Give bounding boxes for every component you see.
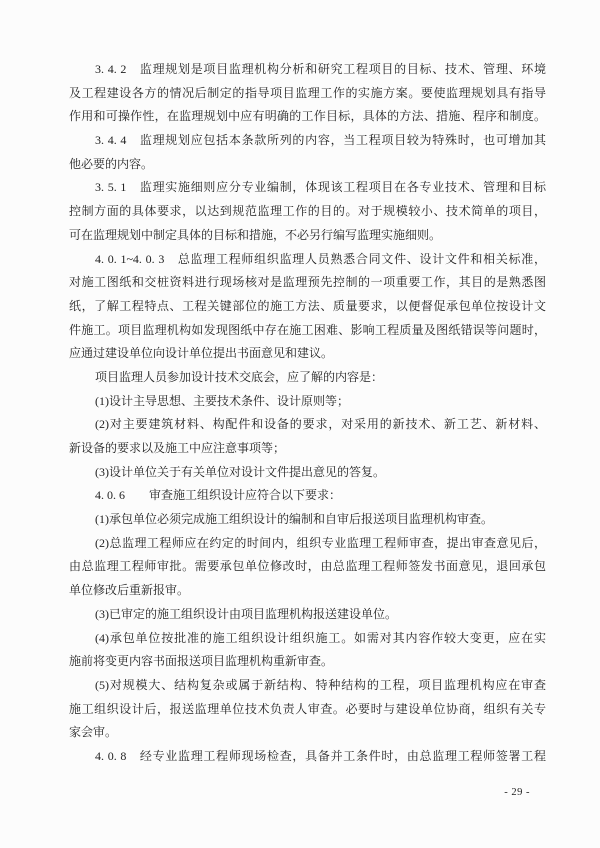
text-line: 家会审。	[69, 721, 546, 745]
text-line: 控制方面的具体要求，以达到规范监理工作的目的。对于规模较小、技术简单的项目，	[69, 200, 546, 224]
text-line: 及工程建设各方的情况后制定的指导项目监理工作的实施方案。要使监理规划具有指导	[69, 82, 546, 106]
text-line: 由总监理工程师审批。需要承包单位修改时，由总监理工程师签发书面意见，退回承包	[69, 555, 546, 579]
text-line: (1)设计主导思想、主要技术条件、设计原则等；	[69, 390, 546, 414]
text-line: 4. 0. 8 经专业监理工程师现场检查，具备并工条件时，由总监理工程师签署工程	[69, 745, 546, 769]
text-line: 4. 0. 6 审查施工组织设计应符合以下要求：	[69, 484, 546, 508]
text-line: (2)对主要建筑材料、构配件和设备的要求，对采用的新技术、新工艺、新材料、	[69, 413, 546, 437]
text-line: 3. 4. 4 监理规划应包括本条款所列的内容，当工程项目较为特殊时，也可增加其	[69, 129, 546, 153]
text-line: 3. 4. 2 监理规划是项目监理机构分析和研究工程项目的目标、技术、管理、环境	[69, 58, 546, 82]
text-line: 项目监理人员参加设计技术交底会，应了解的内容是：	[69, 366, 546, 390]
text-line: 4. 0. 1~4. 0. 3 总监理工程师组织监理人员熟悉合同文件、设计文件和…	[69, 248, 546, 272]
text-line: 新设备的要求以及施工中应注意事项等；	[69, 437, 546, 461]
text-line: 纸，了解工程特点、工程关键部位的施工方法、质量要求，以便督促承包单位按设计文	[69, 295, 546, 319]
text-line: 对施工图纸和交桩资料进行现场核对是监理预先控制的一项重要工作，其目的是熟悉图	[69, 271, 546, 295]
text-line: 应通过建设单位向设计单位提出书面意见和建议。	[69, 342, 546, 366]
page-number: - 29 -	[504, 787, 530, 798]
text-line: (3)设计单位关于有关单位对设计文件提出意见的答复。	[69, 461, 546, 485]
text-line: 作用和可操作性，在监理规划中应有明确的工作目标，具体的方法、措施、程序和制度。	[69, 105, 546, 129]
text-line: 可在监理规划中制定具体的目标和措施，不必另行编写监理实施细则。	[69, 224, 546, 248]
text-line: 件施工。项目监理机构如发现图纸中存在施工困难、影响工程质量及图纸错误等问题时，	[69, 319, 546, 343]
text-line: 单位修改后重新报审。	[69, 579, 546, 603]
text-line: 施前将变更内容书面报送项目监理机构重新审查。	[69, 650, 546, 674]
text-line: (1)承包单位必须完成施工组织设计的编制和自审后报送项目监理机构审查。	[69, 508, 546, 532]
text-line: (4)承包单位按批准的施工组织设计组织施工。如需对其内容作较大变更，应在实	[69, 627, 546, 651]
text-line: (5)对规模大、结构复杂或属于新结构、特种结构的工程，项目监理机构应在审查	[69, 674, 546, 698]
document-page: 3. 4. 2 监理规划是项目监理机构分析和研究工程项目的目标、技术、管理、环境…	[0, 0, 600, 848]
text-line: 施工组织设计后，报送监理单位技术负责人审查。必要时与建设单位协商，组织有关专	[69, 698, 546, 722]
text-line: (3)已审定的施工组织设计由项目监理机构报送建设单位。	[69, 603, 546, 627]
document-body: 3. 4. 2 监理规划是项目监理机构分析和研究工程项目的目标、技术、管理、环境…	[69, 58, 546, 769]
text-line: 他必要的内容。	[69, 153, 546, 177]
text-line: (2)总监理工程师应在约定的时间内，组织专业监理工程师审查，提出审查意见后，	[69, 532, 546, 556]
text-line: 3. 5. 1 监理实施细则应分专业编制，体现该工程项目在各专业技术、管理和目标	[69, 176, 546, 200]
